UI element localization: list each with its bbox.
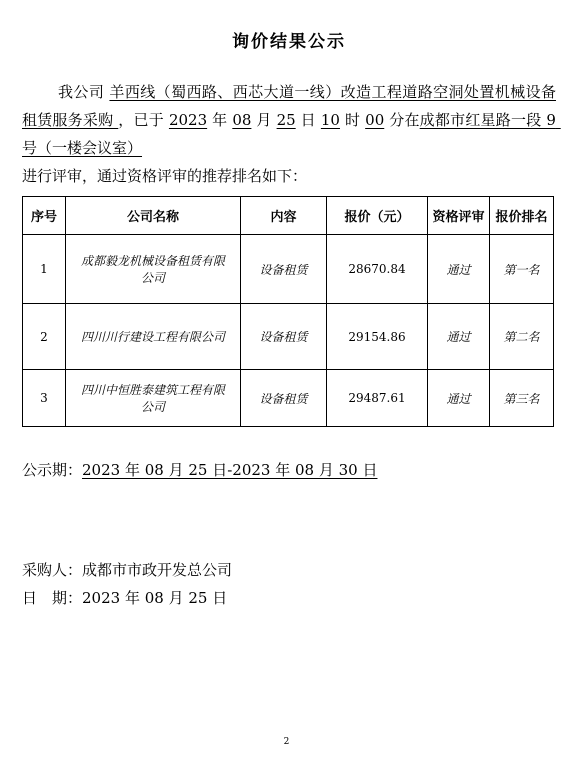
table-cell: 第三名	[490, 370, 554, 427]
ranking-table: 序号公司名称内容报价（元）资格评审报价排名 1成都毅龙机械设备租赁有限公司设备租…	[22, 196, 554, 427]
page-number: 2	[0, 736, 573, 748]
text-segment: 我公司	[58, 83, 109, 101]
table-row: 3四川中恒胜泰建筑工程有限公司设备租赁29487.61通过第三名	[23, 370, 554, 427]
date-label: 日 期：	[22, 589, 82, 607]
table-header-cell: 内容	[241, 197, 327, 235]
text-segment: 分在	[384, 111, 419, 129]
text-segment: 月	[251, 111, 276, 129]
text-segment: 00	[365, 111, 384, 129]
table-cell: 29154.86	[327, 304, 428, 370]
text-segment: 时	[340, 111, 365, 129]
table-header-cell: 报价排名	[490, 197, 554, 235]
publicity-period-line: 公示期：2023 年 08 月 25 日-2023 年 08 月 30 日	[22, 459, 556, 481]
table-cell: 四川中恒胜泰建筑工程有限公司	[66, 370, 241, 427]
table-body: 1成都毅龙机械设备租赁有限公司设备租赁28670.84通过第一名2四川川行建设工…	[23, 235, 554, 427]
date-line: 日 期：2023 年 08 月 25 日	[22, 584, 556, 612]
table-cell: 成都毅龙机械设备租赁有限公司	[66, 235, 241, 304]
table-cell: 第一名	[490, 235, 554, 304]
text-segment: 2023	[169, 111, 207, 129]
publicity-period-value: 2023 年 08 月 25 日-2023 年 08 月 30 日	[82, 461, 377, 479]
table-cell: 通过	[428, 370, 490, 427]
review-line: 进行评审，通过资格评审的推荐排名如下：	[22, 162, 556, 190]
text-segment: 日	[296, 111, 321, 129]
purchaser-label: 采购人：	[22, 561, 82, 579]
table-header-cell: 公司名称	[66, 197, 241, 235]
table-header-row: 序号公司名称内容报价（元）资格评审报价排名	[23, 197, 554, 235]
table-cell: 1	[23, 235, 66, 304]
table-cell: 设备租赁	[241, 235, 327, 304]
table-row: 1成都毅龙机械设备租赁有限公司设备租赁28670.84通过第一名	[23, 235, 554, 304]
text-segment: 08	[232, 111, 251, 129]
text-segment: 年	[207, 111, 232, 129]
table-cell: 第二名	[490, 304, 554, 370]
table-cell: 28670.84	[327, 235, 428, 304]
table-header-cell: 资格评审	[428, 197, 490, 235]
table-row: 2四川川行建设工程有限公司设备租赁29154.86通过第二名	[23, 304, 554, 370]
purchaser-line: 采购人：成都市市政开发总公司	[22, 556, 556, 584]
table-cell: 设备租赁	[241, 304, 327, 370]
table-cell: 通过	[428, 304, 490, 370]
purchaser-value: 成都市市政开发总公司	[82, 561, 232, 579]
page-title: 询价结果公示	[22, 30, 556, 54]
table-header-cell: 报价（元）	[327, 197, 428, 235]
table-cell: 四川川行建设工程有限公司	[66, 304, 241, 370]
text-segment: 10	[321, 111, 340, 129]
table-header-cell: 序号	[23, 197, 66, 235]
table-cell: 3	[23, 370, 66, 427]
intro-paragraph: 我公司 羊西线（蜀西路、西芯大道一线）改造工程道路空洞处置机械设备租赁服务采购 …	[22, 78, 556, 162]
table-cell: 2	[23, 304, 66, 370]
table-cell: 通过	[428, 235, 490, 304]
table-cell: 29487.61	[327, 370, 428, 427]
publicity-period-label: 公示期：	[22, 461, 82, 479]
table-head: 序号公司名称内容报价（元）资格评审报价排名	[23, 197, 554, 235]
text-segment: 25	[277, 111, 296, 129]
date-value: 2023 年 08 月 25 日	[82, 589, 227, 607]
announcement-document-page: 询价结果公示 我公司 羊西线（蜀西路、西芯大道一线）改造工程道路空洞处置机械设备…	[0, 0, 573, 778]
text-segment: ，已于	[118, 111, 169, 129]
table-cell: 设备租赁	[241, 370, 327, 427]
